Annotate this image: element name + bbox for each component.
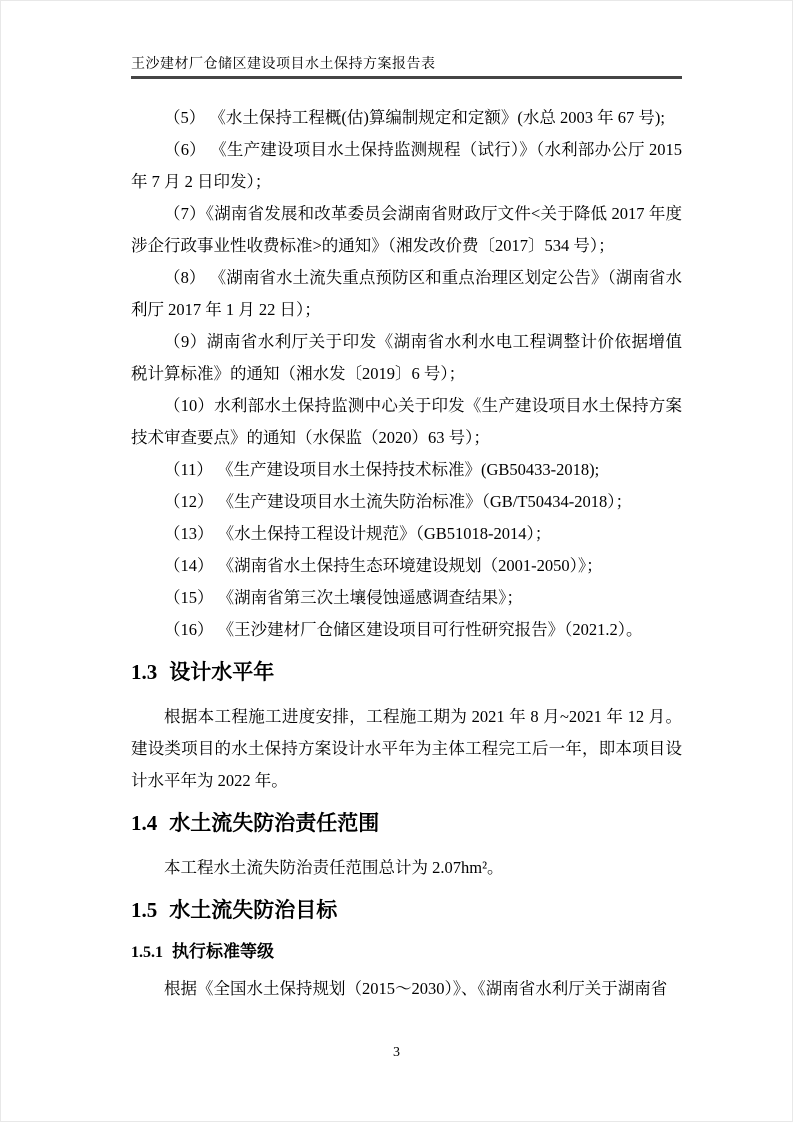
reference-item: （6） 《生产建设项目水土保持监测规程（试行）》（水利部办公厅 2015 年 7… bbox=[131, 134, 682, 198]
body-paragraph: 根据本工程施工进度安排，工程施工期为 2021 年 8 月~2021 年 12 … bbox=[131, 701, 682, 797]
section-title: 水土流失防治目标 bbox=[169, 899, 337, 922]
page-header-title: 王沙建材厂仓储区建设项目水土保持方案报告表 bbox=[131, 56, 682, 79]
section-number: 1.3 bbox=[131, 660, 157, 684]
reference-item: （9）湖南省水利厅关于印发《湖南省水利水电工程调整计价依据增值税计算标准》的通知… bbox=[131, 326, 682, 390]
section-heading: 1.5水土流失防治目标 bbox=[131, 895, 682, 926]
reference-item: （10）水利部水土保持监测中心关于印发《生产建设项目水土保持方案技术审查要点》的… bbox=[131, 390, 682, 454]
section-title: 设计水平年 bbox=[169, 661, 274, 684]
section-number: 1.4 bbox=[131, 811, 157, 835]
section-number: 1.5.1 bbox=[131, 944, 163, 961]
reference-item: （11） 《生产建设项目水土保持技术标准》(GB50433-2018); bbox=[131, 454, 682, 486]
section-number: 1.5 bbox=[131, 898, 157, 922]
page-number: 3 bbox=[1, 1045, 792, 1061]
subsection-heading: 1.5.1执行标准等级 bbox=[131, 940, 682, 965]
reference-item: （5） 《水土保持工程概(估)算编制规定和定额》(水总 2003 年 67 号)… bbox=[131, 102, 682, 134]
reference-item: （15） 《湖南省第三次土壤侵蚀遥感调查结果》； bbox=[131, 582, 682, 614]
reference-item: （16） 《王沙建材厂仓储区建设项目可行性研究报告》（2021.2）。 bbox=[131, 614, 682, 646]
section-title: 执行标准等级 bbox=[172, 942, 274, 961]
reference-item: （8） 《湖南省水土流失重点预防区和重点治理区划定公告》（湖南省水利厅 2017… bbox=[131, 262, 682, 326]
reference-item: （7）《湖南省发展和改革委员会湖南省财政厅文件<关于降低 2017 年度涉企行政… bbox=[131, 198, 682, 262]
document-page: 王沙建材厂仓储区建设项目水土保持方案报告表 （5） 《水土保持工程概(估)算编制… bbox=[0, 0, 793, 1122]
section-title: 水土流失防治责任范围 bbox=[169, 812, 379, 835]
reference-item: （13） 《水土保持工程设计规范》（GB51018-2014）； bbox=[131, 518, 682, 550]
reference-item: （14） 《湖南省水土保持生态环境建设规划（2001-2050）》； bbox=[131, 550, 682, 582]
body-paragraph: 根据《全国水土保持规划（2015～2030）》、《湖南省水利厅关于湖南省 bbox=[131, 973, 682, 1005]
body-paragraph: 本工程水土流失防治责任范围总计为 2.07hm²。 bbox=[131, 852, 682, 884]
section-heading: 1.3设计水平年 bbox=[131, 657, 682, 688]
reference-item: （12） 《生产建设项目水土流失防治标准》（GB/T50434-2018）； bbox=[131, 486, 682, 518]
document-body: （5） 《水土保持工程概(估)算编制规定和定额》(水总 2003 年 67 号)… bbox=[131, 102, 682, 1005]
section-heading: 1.4水土流失防治责任范围 bbox=[131, 808, 682, 839]
